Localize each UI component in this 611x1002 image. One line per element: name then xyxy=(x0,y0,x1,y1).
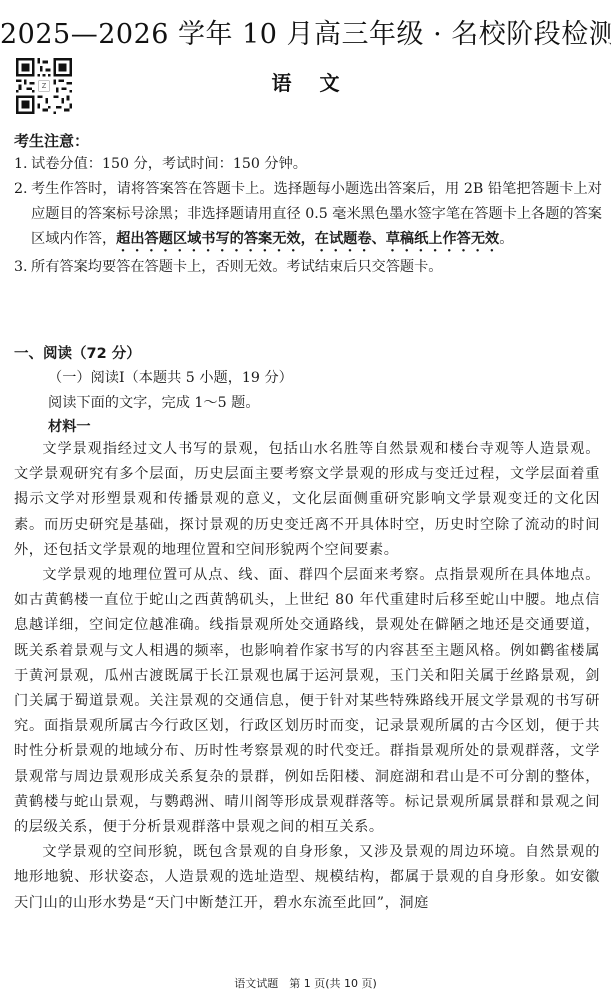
reading-passage: 文学景观指经过文人书写的景观，包括山水名胜等自然景观和楼台寺观等人造景观。文学景… xyxy=(14,437,600,916)
passage-paragraph: 文学景观的地理位置可从点、线、面、群四个层面来考察。点指景观所在具体地点。如古黄… xyxy=(14,563,600,840)
notice-emphasis: 超出答题区域书写的答案无效，在试题卷、草稿纸上作答无效 xyxy=(116,231,499,247)
notice-item: 3. 所有答案均要答在答题卡上，否则无效。考试结束后只交答题卡。 xyxy=(14,255,602,280)
exam-title: 2025—2026 学年 10 月高三年级 · 名校阶段检测 xyxy=(0,12,611,51)
subject-title: 语文 xyxy=(0,67,611,96)
notice-title: 考生注意： xyxy=(14,130,89,151)
notice-item-number: 1. xyxy=(14,152,28,177)
notice-item-number: 3. xyxy=(14,255,28,280)
notice-item-text: 试卷分值：150 分，考试时间：150 分钟。 xyxy=(31,156,307,172)
notice-item-text: 所有答案均要答在答题卡上，否则无效。考试结束后只交答题卡。 xyxy=(31,259,442,275)
notice-item-tail: 。 xyxy=(499,231,513,247)
notice-item: 2. 考生作答时，请将答案答在答题卡上。选择题每小题选出答案后，用 2B 铅笔把… xyxy=(14,177,602,255)
instruction: 阅读下面的文字，完成 1～5 题。 xyxy=(48,392,260,412)
notice-item-number: 2. xyxy=(14,177,28,202)
notice-list: 1. 试卷分值：150 分，考试时间：150 分钟。 2. 考生作答时，请将答案… xyxy=(14,152,602,280)
passage-paragraph: 文学景观指经过文人书写的景观，包括山水名胜等自然景观和楼台寺观等人造景观。文学景… xyxy=(14,437,600,563)
part-heading: （一）阅读Ⅰ（本题共 5 小题，19 分） xyxy=(48,367,293,387)
page-footer: 语文试题 第 1 页(共 10 页) xyxy=(0,975,611,991)
section-heading: 一、阅读（72 分） xyxy=(14,342,141,363)
material-title: 材料一 xyxy=(48,416,91,436)
passage-paragraph: 文学景观的空间形貌，既包含景观的自身形象，又涉及景观的周边环境。自然景观的地形地… xyxy=(14,840,600,916)
notice-item: 1. 试卷分值：150 分，考试时间：150 分钟。 xyxy=(14,152,602,177)
